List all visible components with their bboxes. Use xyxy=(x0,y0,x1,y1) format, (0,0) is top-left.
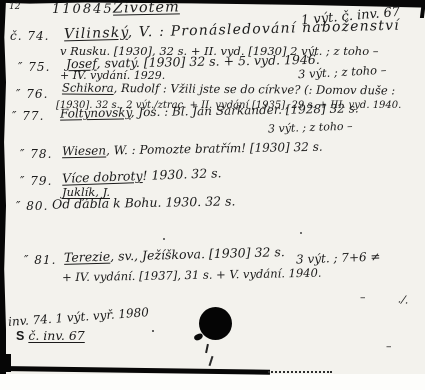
entry-78-author: Wiesen xyxy=(62,144,106,159)
entry-81-author: Terezie xyxy=(64,249,111,265)
scan-corner-bottom-left xyxy=(0,354,11,372)
entry-75-number: ″ 75. xyxy=(18,61,50,74)
ink-speck xyxy=(163,238,165,240)
entry-79-number: ″ 79. xyxy=(20,175,52,188)
margin-dash-lower: – xyxy=(386,341,392,353)
stamp-line: S č. inv. 67 xyxy=(16,329,85,344)
scan-edge-right xyxy=(420,0,425,18)
ink-speck xyxy=(152,330,154,332)
entry-76-text: , Rudolf : Vžili jste se do církve? (: D… xyxy=(114,81,396,97)
entry-79-text: ! 1930. 32 s. xyxy=(142,165,222,183)
entry-79-author: Více dobroty xyxy=(62,168,143,186)
entry-78-number: ″ 78. xyxy=(20,148,52,161)
margin-dash-upper: – xyxy=(360,292,366,304)
ink-speck xyxy=(300,232,302,234)
end-of-record-mark: ./. xyxy=(397,293,409,306)
series-title: Životem xyxy=(113,0,180,17)
stamp-letter: S xyxy=(16,329,24,343)
entry-76-line1: Schikora, Rudolf : Vžili jste se do círk… xyxy=(62,82,395,98)
entry-76-number: ″ 76. xyxy=(16,88,48,101)
catalog-card-scan: 12 110845 Životem 1 výt. č. inv. 67 č. 7… xyxy=(0,0,425,390)
accession-number: 110845 xyxy=(52,3,114,17)
entry-77-author: Foltynovský xyxy=(60,105,131,120)
entry-74-number: č. 74. xyxy=(10,30,49,43)
entry-74-author: Vilinský xyxy=(64,25,128,43)
entry-80-number: ″ 80. xyxy=(16,200,48,213)
entry-77-number: ″ 77. xyxy=(12,110,44,123)
entry-80-line1: Od ďábla k Bohu. 1930. 32 s. xyxy=(52,194,236,211)
punch-hole xyxy=(199,307,232,340)
entry-76-author: Schikora xyxy=(62,81,114,95)
stamp-inventory-text: č. inv. 67 xyxy=(28,328,84,343)
entry-81-number: ″ 81. xyxy=(24,254,56,267)
scan-edge-bottom-dotted xyxy=(268,371,332,373)
page-corner-number: 12 xyxy=(9,3,20,13)
